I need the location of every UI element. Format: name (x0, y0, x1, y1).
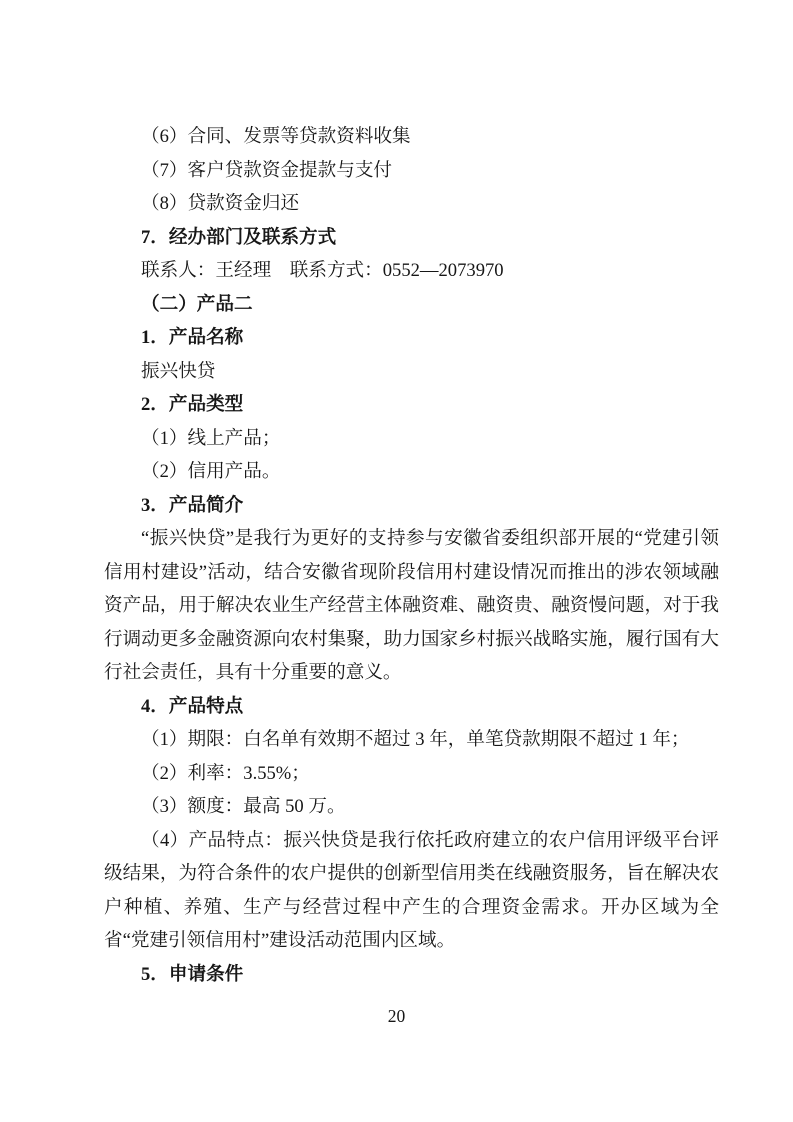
contact-line: 联系人：王经理 联系方式：0552—2073970 (104, 254, 719, 288)
document-body: （6）合同、发票等贷款资料收集 （7）客户贷款资金提款与支付 （8）贷款资金归还… (0, 0, 793, 991)
list-item-7: （7）客户贷款资金提款与支付 (104, 154, 719, 188)
document-page: （6）合同、发票等贷款资料收集 （7）客户贷款资金提款与支付 （8）贷款资金归还… (0, 0, 793, 1122)
list-item-8: （8）贷款资金归还 (104, 187, 719, 221)
heading-product-type: 2．产品类型 (104, 388, 719, 422)
product-name-value: 振兴快贷 (104, 355, 719, 389)
feature-item-amount: （3）额度：最高 50 万。 (104, 790, 719, 824)
heading-contact-dept: 7．经办部门及联系方式 (104, 221, 719, 255)
page-number: 20 (0, 1000, 793, 1034)
heading-product-intro: 3．产品简介 (104, 489, 719, 523)
heading-product-features: 4．产品特点 (104, 690, 719, 724)
product-type-item-2: （2）信用产品。 (104, 455, 719, 489)
feature-item-rate: （2）利率：3.55%； (104, 757, 719, 791)
list-item-6: （6）合同、发票等贷款资料收集 (104, 120, 719, 154)
heading-application-conditions: 5．申请条件 (104, 958, 719, 992)
heading-product-two: （二）产品二 (104, 288, 719, 322)
heading-product-name: 1．产品名称 (104, 321, 719, 355)
product-type-item-1: （1）线上产品； (104, 422, 719, 456)
feature-item-term: （1）期限：白名单有效期不超过 3 年，单笔贷款期限不超过 1 年； (104, 723, 719, 757)
product-intro-paragraph: “振兴快贷”是我行为更好的支持参与安徽省委组织部开展的“党建引领信用村建设”活动… (104, 522, 719, 690)
feature-item-description-paragraph: （4）产品特点：振兴快贷是我行依托政府建立的农户信用评级平台评级结果，为符合条件… (104, 824, 719, 958)
